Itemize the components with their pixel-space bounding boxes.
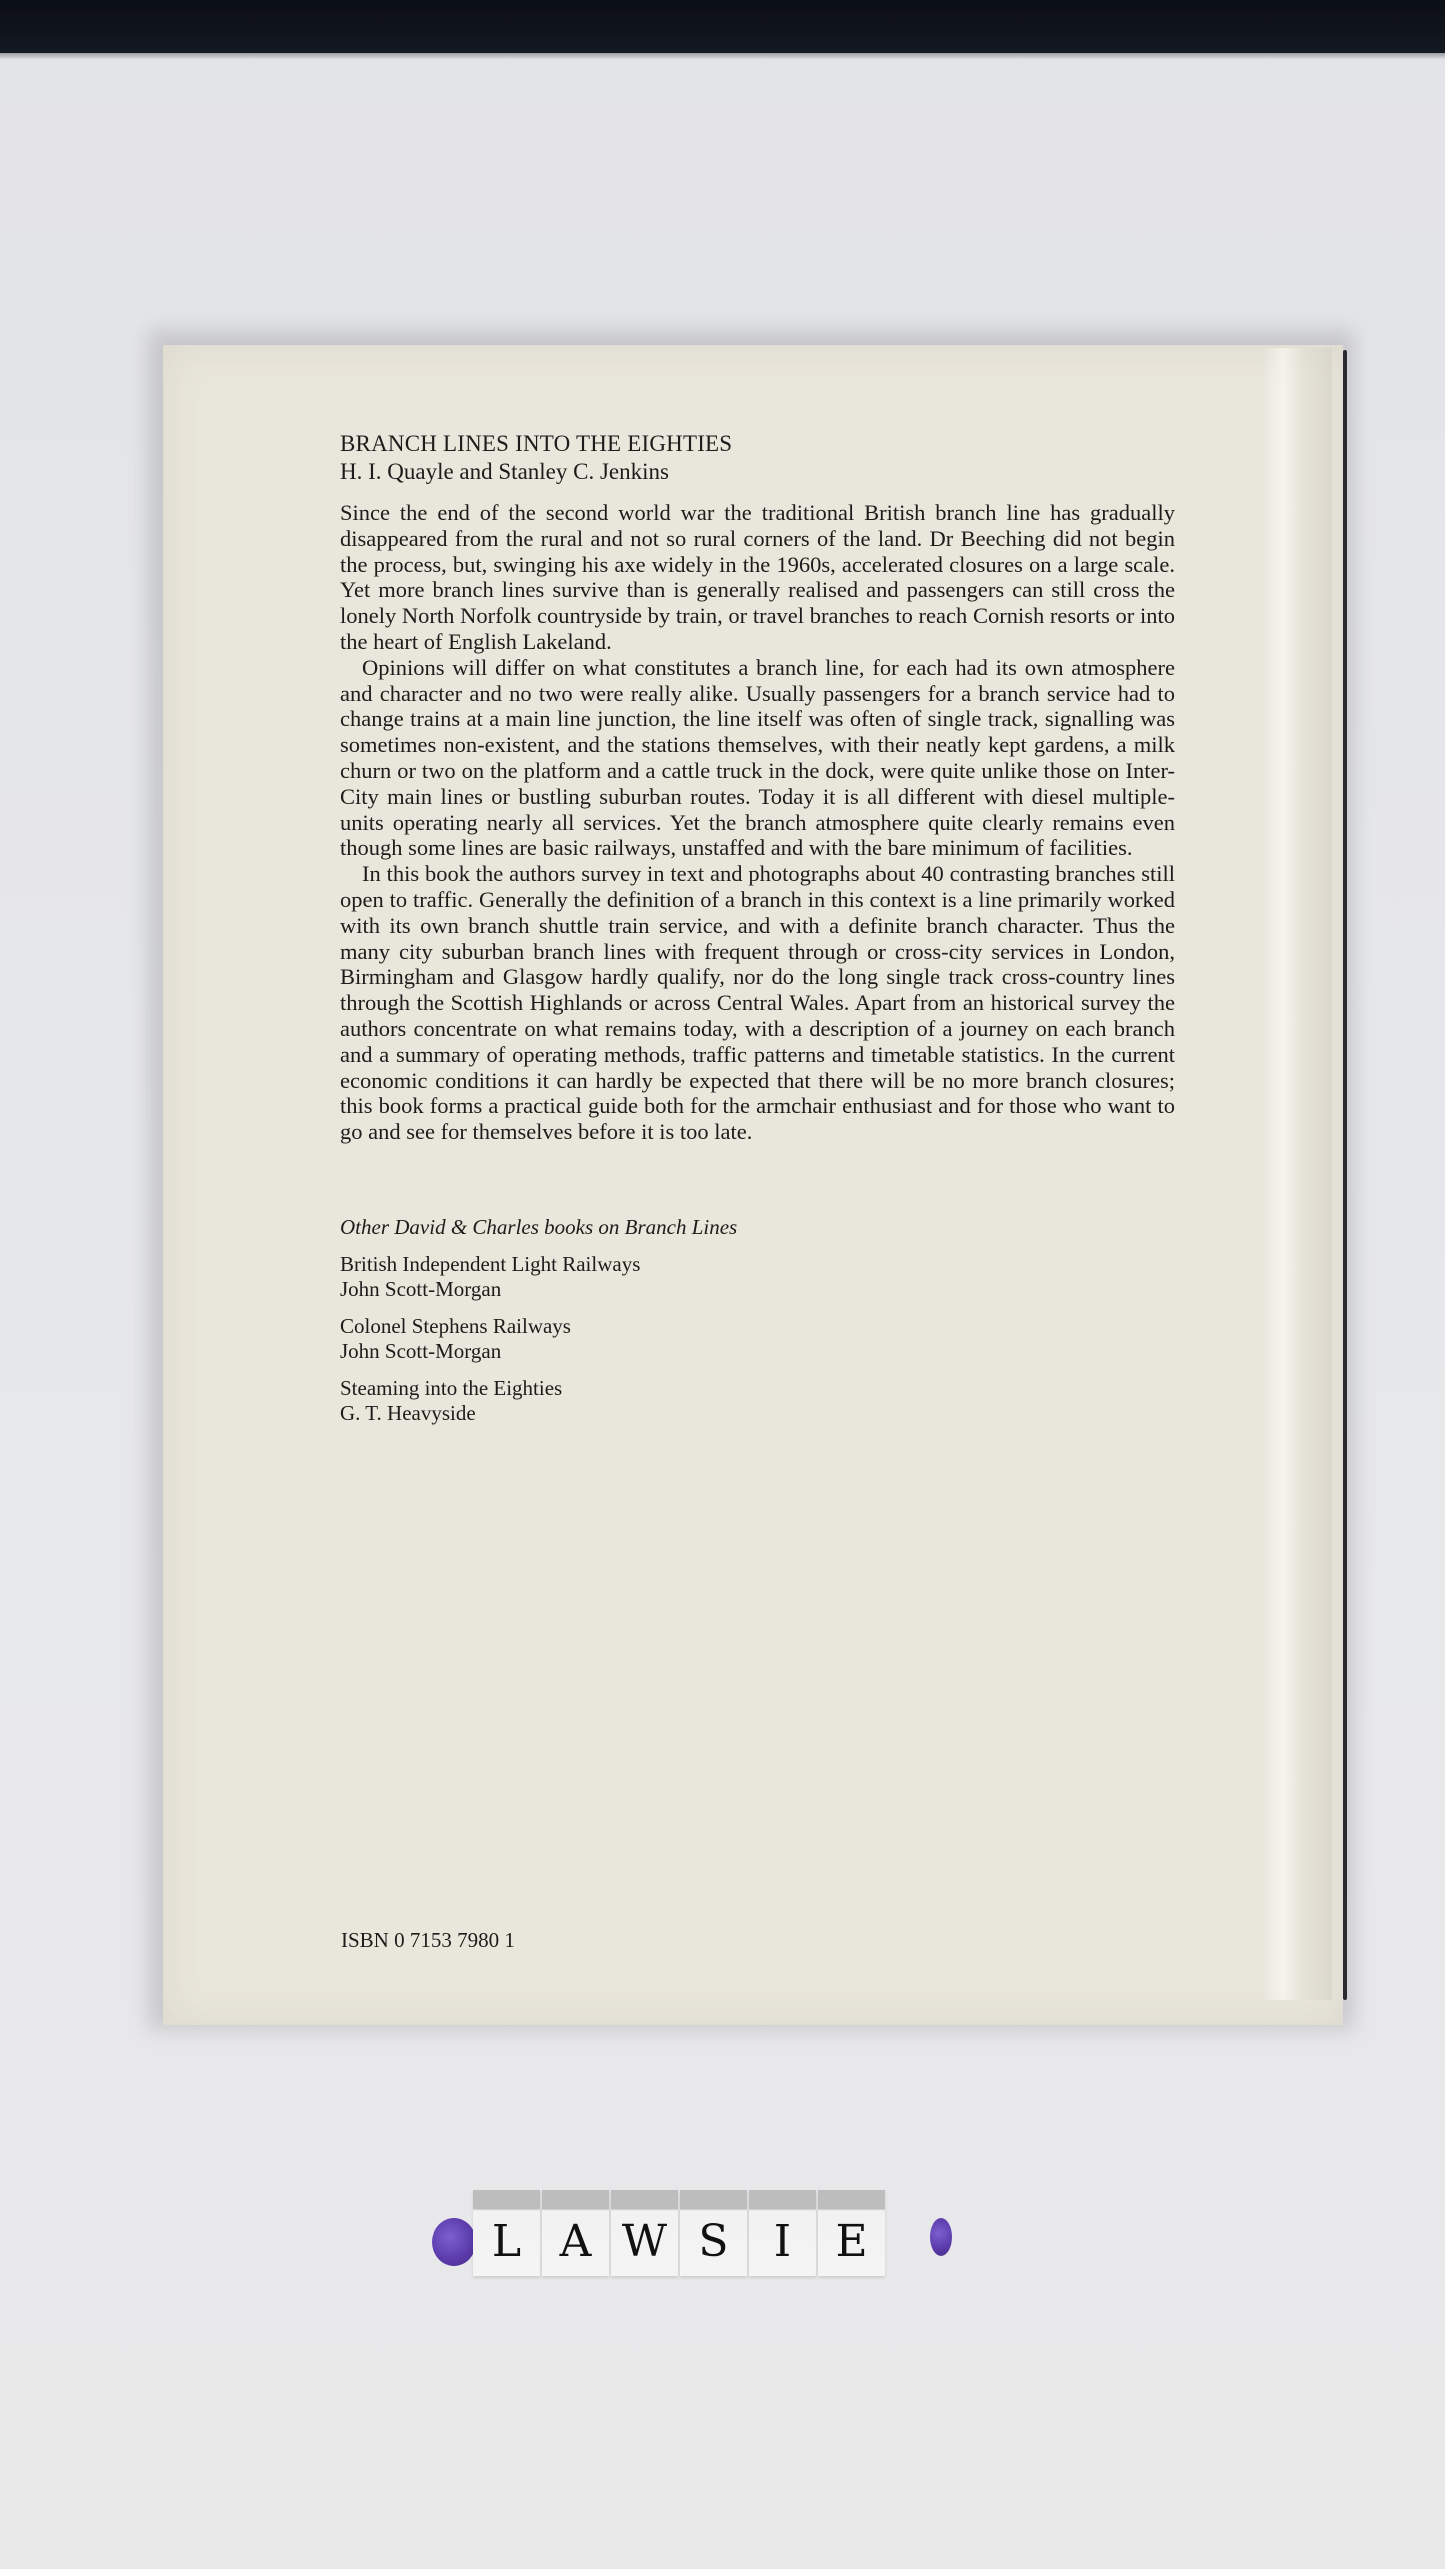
book-board-edge — [1343, 350, 1347, 2000]
spine-fold — [1262, 348, 1332, 2000]
letter-block: A — [542, 2190, 609, 2276]
blurb-paragraph: Opinions will differ on what constitutes… — [340, 655, 1175, 861]
letter-block: W — [611, 2190, 678, 2276]
letter-block: L — [473, 2190, 540, 2276]
other-book-author: G. T. Heavyside — [340, 1401, 1175, 1426]
other-book-entry: Steaming into the Eighties G. T. Heavysi… — [340, 1376, 1175, 1426]
other-books-list: Other David & Charles books on Branch Li… — [340, 1215, 1175, 1426]
other-book-author: John Scott-Morgan — [340, 1277, 1175, 1302]
dark-surface-top — [0, 0, 1445, 55]
other-book-title: British Independent Light Railways — [340, 1252, 1175, 1277]
other-book-entry: Colonel Stephens Railways John Scott-Mor… — [340, 1314, 1175, 1364]
blurb-paragraph: In this book the authors survey in text … — [340, 861, 1175, 1145]
purple-bead — [930, 2218, 952, 2256]
other-book-entry: British Independent Light Railways John … — [340, 1252, 1175, 1302]
isbn: ISBN 0 7153 7980 1 — [341, 1928, 515, 1953]
purple-bead — [432, 2218, 476, 2266]
other-book-title: Steaming into the Eighties — [340, 1376, 1175, 1401]
letter-block: E — [818, 2190, 885, 2276]
other-book-author: John Scott-Morgan — [340, 1339, 1175, 1364]
blurb-paragraph: Since the end of the second world war th… — [340, 500, 1175, 655]
book-title: BRANCH LINES INTO THE EIGHTIES — [340, 430, 1175, 458]
letter-block: S — [680, 2190, 747, 2276]
letter-block: I — [749, 2190, 816, 2276]
other-books-heading: Other David & Charles books on Branch Li… — [340, 1215, 1175, 1240]
book-authors: H. I. Quayle and Stanley C. Jenkins — [340, 458, 1175, 486]
letter-blocks-lawsie: L A W S I E — [430, 2178, 970, 2288]
letter-block-row: L A W S I E — [473, 2190, 887, 2276]
cover-text: BRANCH LINES INTO THE EIGHTIES H. I. Qua… — [340, 430, 1175, 1438]
surface-edge — [0, 53, 1445, 59]
other-book-title: Colonel Stephens Railways — [340, 1314, 1175, 1339]
